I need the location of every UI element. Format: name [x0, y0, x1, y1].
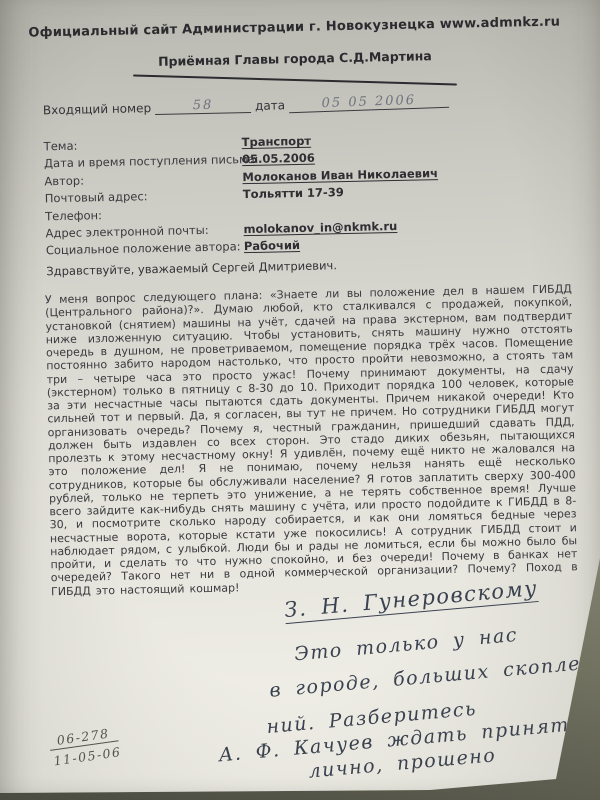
incoming-number-field: 58	[155, 97, 251, 115]
field-value: Рабочий	[244, 238, 300, 253]
letter-meta-fields: Тема: Транспорт Дата и время поступления…	[44, 128, 571, 261]
greeting-line: Здравствуйте, уважаемый Сергей Дмитриеви…	[46, 258, 337, 278]
header-title: Официальный сайт Администрации г. Новоку…	[0, 14, 594, 42]
field-value: 05.05.2006	[242, 151, 315, 167]
field-value: Транспорт	[242, 134, 312, 149]
photo-background: Официальный сайт Администрации г. Новоку…	[0, 0, 600, 800]
handwritten-incoming-date: 05 05 2006	[322, 93, 417, 111]
field-label: Адрес электронной почты:	[45, 223, 208, 240]
paper-sheet: Официальный сайт Администрации г. Новоку…	[0, 0, 600, 800]
field-label: Тема:	[44, 139, 78, 154]
incoming-date-label: дата	[255, 98, 285, 113]
field-label: Почтовый адрес:	[45, 189, 148, 205]
field-label: Социальное положение автора:	[46, 240, 241, 258]
incoming-row: Входящий номер 58 дата 05 05 2006	[43, 93, 453, 118]
handwritten-incoming-number: 58	[193, 98, 214, 113]
field-value: Молоканов Иван Николаевич	[242, 166, 438, 184]
header-subtitle: Приёмная Главы города С.Д.Мартина	[0, 45, 595, 73]
field-label: Автор:	[44, 173, 84, 188]
field-value: Тольятти 17-39	[243, 185, 344, 201]
incoming-number-label: Входящий номер	[43, 101, 151, 117]
field-label: Телефон:	[45, 208, 102, 223]
incoming-date-field: 05 05 2006	[289, 92, 449, 114]
letter-body: У меня вопрос следующего плана: «Знаете …	[45, 282, 578, 598]
field-value: molokanov_in@nkmk.ru	[243, 219, 397, 236]
